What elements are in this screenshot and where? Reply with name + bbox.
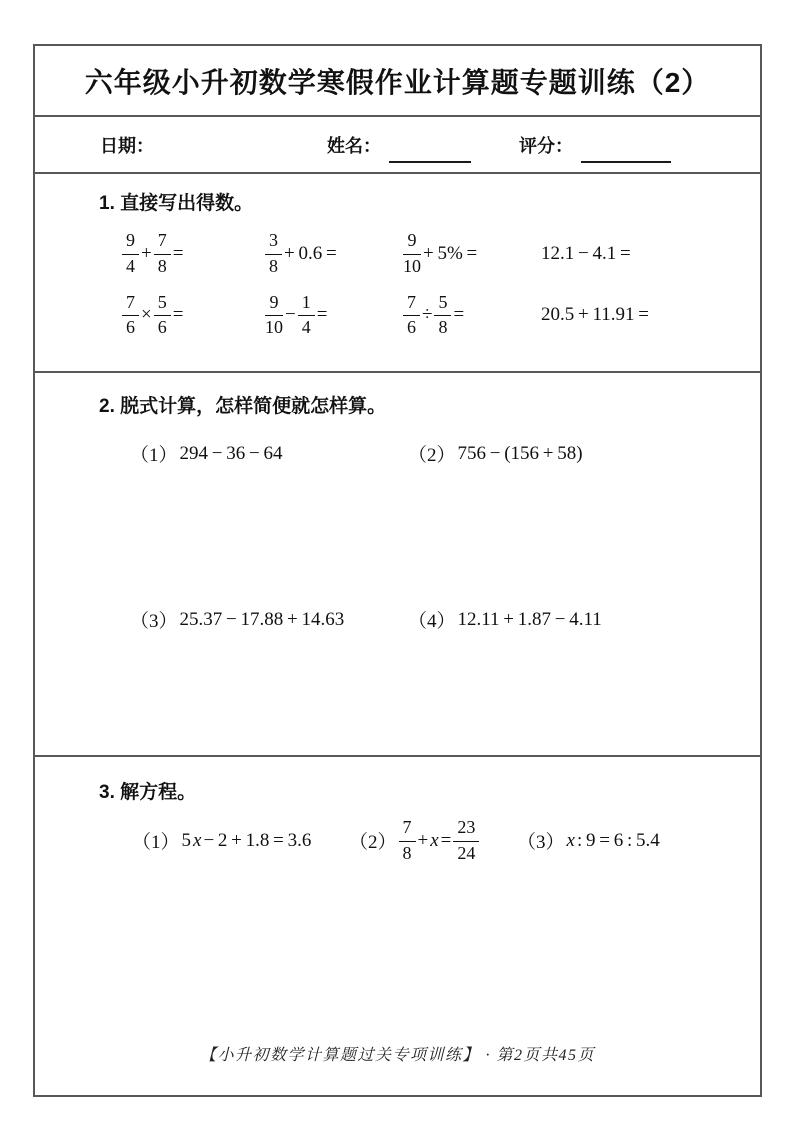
problem-number: （3） — [130, 606, 178, 633]
section-stepwise-calc: 2. 脱式计算，怎样简便就怎样算。 （1）294 − 36 − 64（2）756… — [35, 373, 760, 757]
fraction: 14 — [298, 293, 315, 339]
worksheet-page: 六年级小升初数学寒假作业计算题专题训练（2） 日期： 姓名： 评分： 1. 直接… — [0, 0, 793, 1122]
variable: x — [193, 830, 201, 852]
problem-number: （2） — [349, 827, 397, 854]
expression-text: 756 − (156 + 58) — [458, 443, 583, 465]
problem: 38+ 0.6 = — [264, 231, 402, 277]
problem: 76×56= — [121, 293, 264, 339]
expression-text: = — [441, 830, 452, 852]
problem-number: （2） — [408, 440, 456, 467]
expression-text: 294 − 36 − 64 — [180, 443, 283, 465]
expression-text: − 2 + 1.8 = 3.6 — [203, 830, 311, 852]
problem-grid: （1）5x− 2 + 1.8 = 3.6（2）78+x=2324（3）x: 9 … — [131, 818, 760, 864]
expression-text: 12.11 + 1.87 − 4.11 — [458, 609, 602, 631]
expression-text: = — [173, 304, 184, 326]
problem: （3）x: 9 = 6 : 5.4 — [516, 818, 760, 864]
footer-page-number: 第2页共45页 — [497, 1047, 596, 1064]
expression-text: 20.5 + 11.91 = — [541, 304, 649, 326]
problem: 910−14= — [264, 293, 402, 339]
expression-text: × — [141, 304, 152, 326]
footer-separator: · — [486, 1047, 492, 1064]
problem: （2）756 − (156 + 58) — [407, 440, 760, 467]
fraction: 56 — [154, 293, 171, 339]
expression-text: = — [317, 304, 328, 326]
meta-row: 日期： 姓名： 评分： — [35, 117, 760, 174]
expression-text: + 0.6 = — [284, 243, 337, 265]
problem: 76÷58= — [402, 293, 540, 339]
expression-text: + 5% = — [423, 243, 477, 265]
fraction: 78 — [154, 231, 171, 277]
problem: 94+78= — [121, 231, 264, 277]
section-quick-calc: 1. 直接写出得数。 94+78=38+ 0.6 =910+ 5% =12.1 … — [35, 174, 760, 373]
problem-grid: 94+78=38+ 0.6 =910+ 5% =12.1 − 4.1 =76×5… — [121, 231, 760, 338]
title-row: 六年级小升初数学寒假作业计算题专题训练（2） — [35, 46, 760, 117]
name-blank-line — [389, 137, 471, 163]
section-solve-equations: 3. 解方程。 （1）5x− 2 + 1.8 = 3.6（2）78+x=2324… — [35, 757, 760, 1095]
fraction: 38 — [265, 231, 282, 277]
page-footer: 【小升初数学计算题过关专项训练】 · 第2页共45页 — [35, 1042, 760, 1095]
expression-text: : 9 = 6 : 5.4 — [577, 830, 660, 852]
expression-text: 5 — [182, 830, 192, 852]
problem: （2）78+x=2324 — [348, 818, 516, 864]
problem: （3）25.37 − 17.88 + 14.63 — [129, 606, 407, 633]
worksheet-frame: 六年级小升初数学寒假作业计算题专题训练（2） 日期： 姓名： 评分： 1. 直接… — [33, 44, 762, 1097]
expression-text: + — [141, 243, 152, 265]
expression-text: 25.37 − 17.88 + 14.63 — [180, 609, 345, 631]
variable: x — [567, 830, 575, 852]
footer-series-title: 【小升初数学计算题过关专项训练】 — [200, 1047, 480, 1064]
problem: 12.1 − 4.1 = — [540, 231, 760, 277]
fraction: 2324 — [453, 818, 479, 864]
section-heading: 2. 脱式计算，怎样简便就怎样算。 — [99, 373, 760, 418]
fraction: 910 — [265, 293, 283, 339]
problem: （4）12.11 + 1.87 − 4.11 — [407, 606, 760, 633]
page-title: 六年级小升初数学寒假作业计算题专题训练（2） — [85, 61, 711, 101]
score-blank-line — [581, 137, 671, 163]
problem-number: （4） — [408, 606, 456, 633]
section-heading: 3. 解方程。 — [99, 757, 760, 804]
problem-number: （1） — [130, 440, 178, 467]
problem: 910+ 5% = — [402, 231, 540, 277]
variable: x — [430, 830, 438, 852]
expression-text: 12.1 − 4.1 = — [541, 243, 631, 265]
problem-number: （3） — [517, 827, 565, 854]
fraction: 78 — [399, 818, 416, 864]
fraction: 94 — [122, 231, 139, 277]
expression-text: ÷ — [422, 304, 432, 326]
fraction: 76 — [403, 293, 420, 339]
fraction: 76 — [122, 293, 139, 339]
problem: （1）5x− 2 + 1.8 = 3.6 — [131, 818, 348, 864]
problem-grid: （1）294 − 36 − 64（2）756 − (156 + 58)（3）25… — [129, 440, 760, 633]
name-label: 姓名： — [327, 132, 381, 158]
expression-text: = — [173, 243, 184, 265]
section-heading: 1. 直接写出得数。 — [99, 174, 760, 215]
fraction: 910 — [403, 231, 421, 277]
fraction: 58 — [434, 293, 451, 339]
problem: （1）294 − 36 − 64 — [129, 440, 407, 467]
date-label: 日期： — [100, 132, 154, 158]
expression-text: − — [285, 304, 296, 326]
problem-number: （1） — [132, 827, 180, 854]
expression-text: = — [453, 304, 464, 326]
expression-text: + — [418, 830, 429, 852]
score-label: 评分： — [519, 132, 573, 158]
problem: 20.5 + 11.91 = — [540, 293, 760, 339]
